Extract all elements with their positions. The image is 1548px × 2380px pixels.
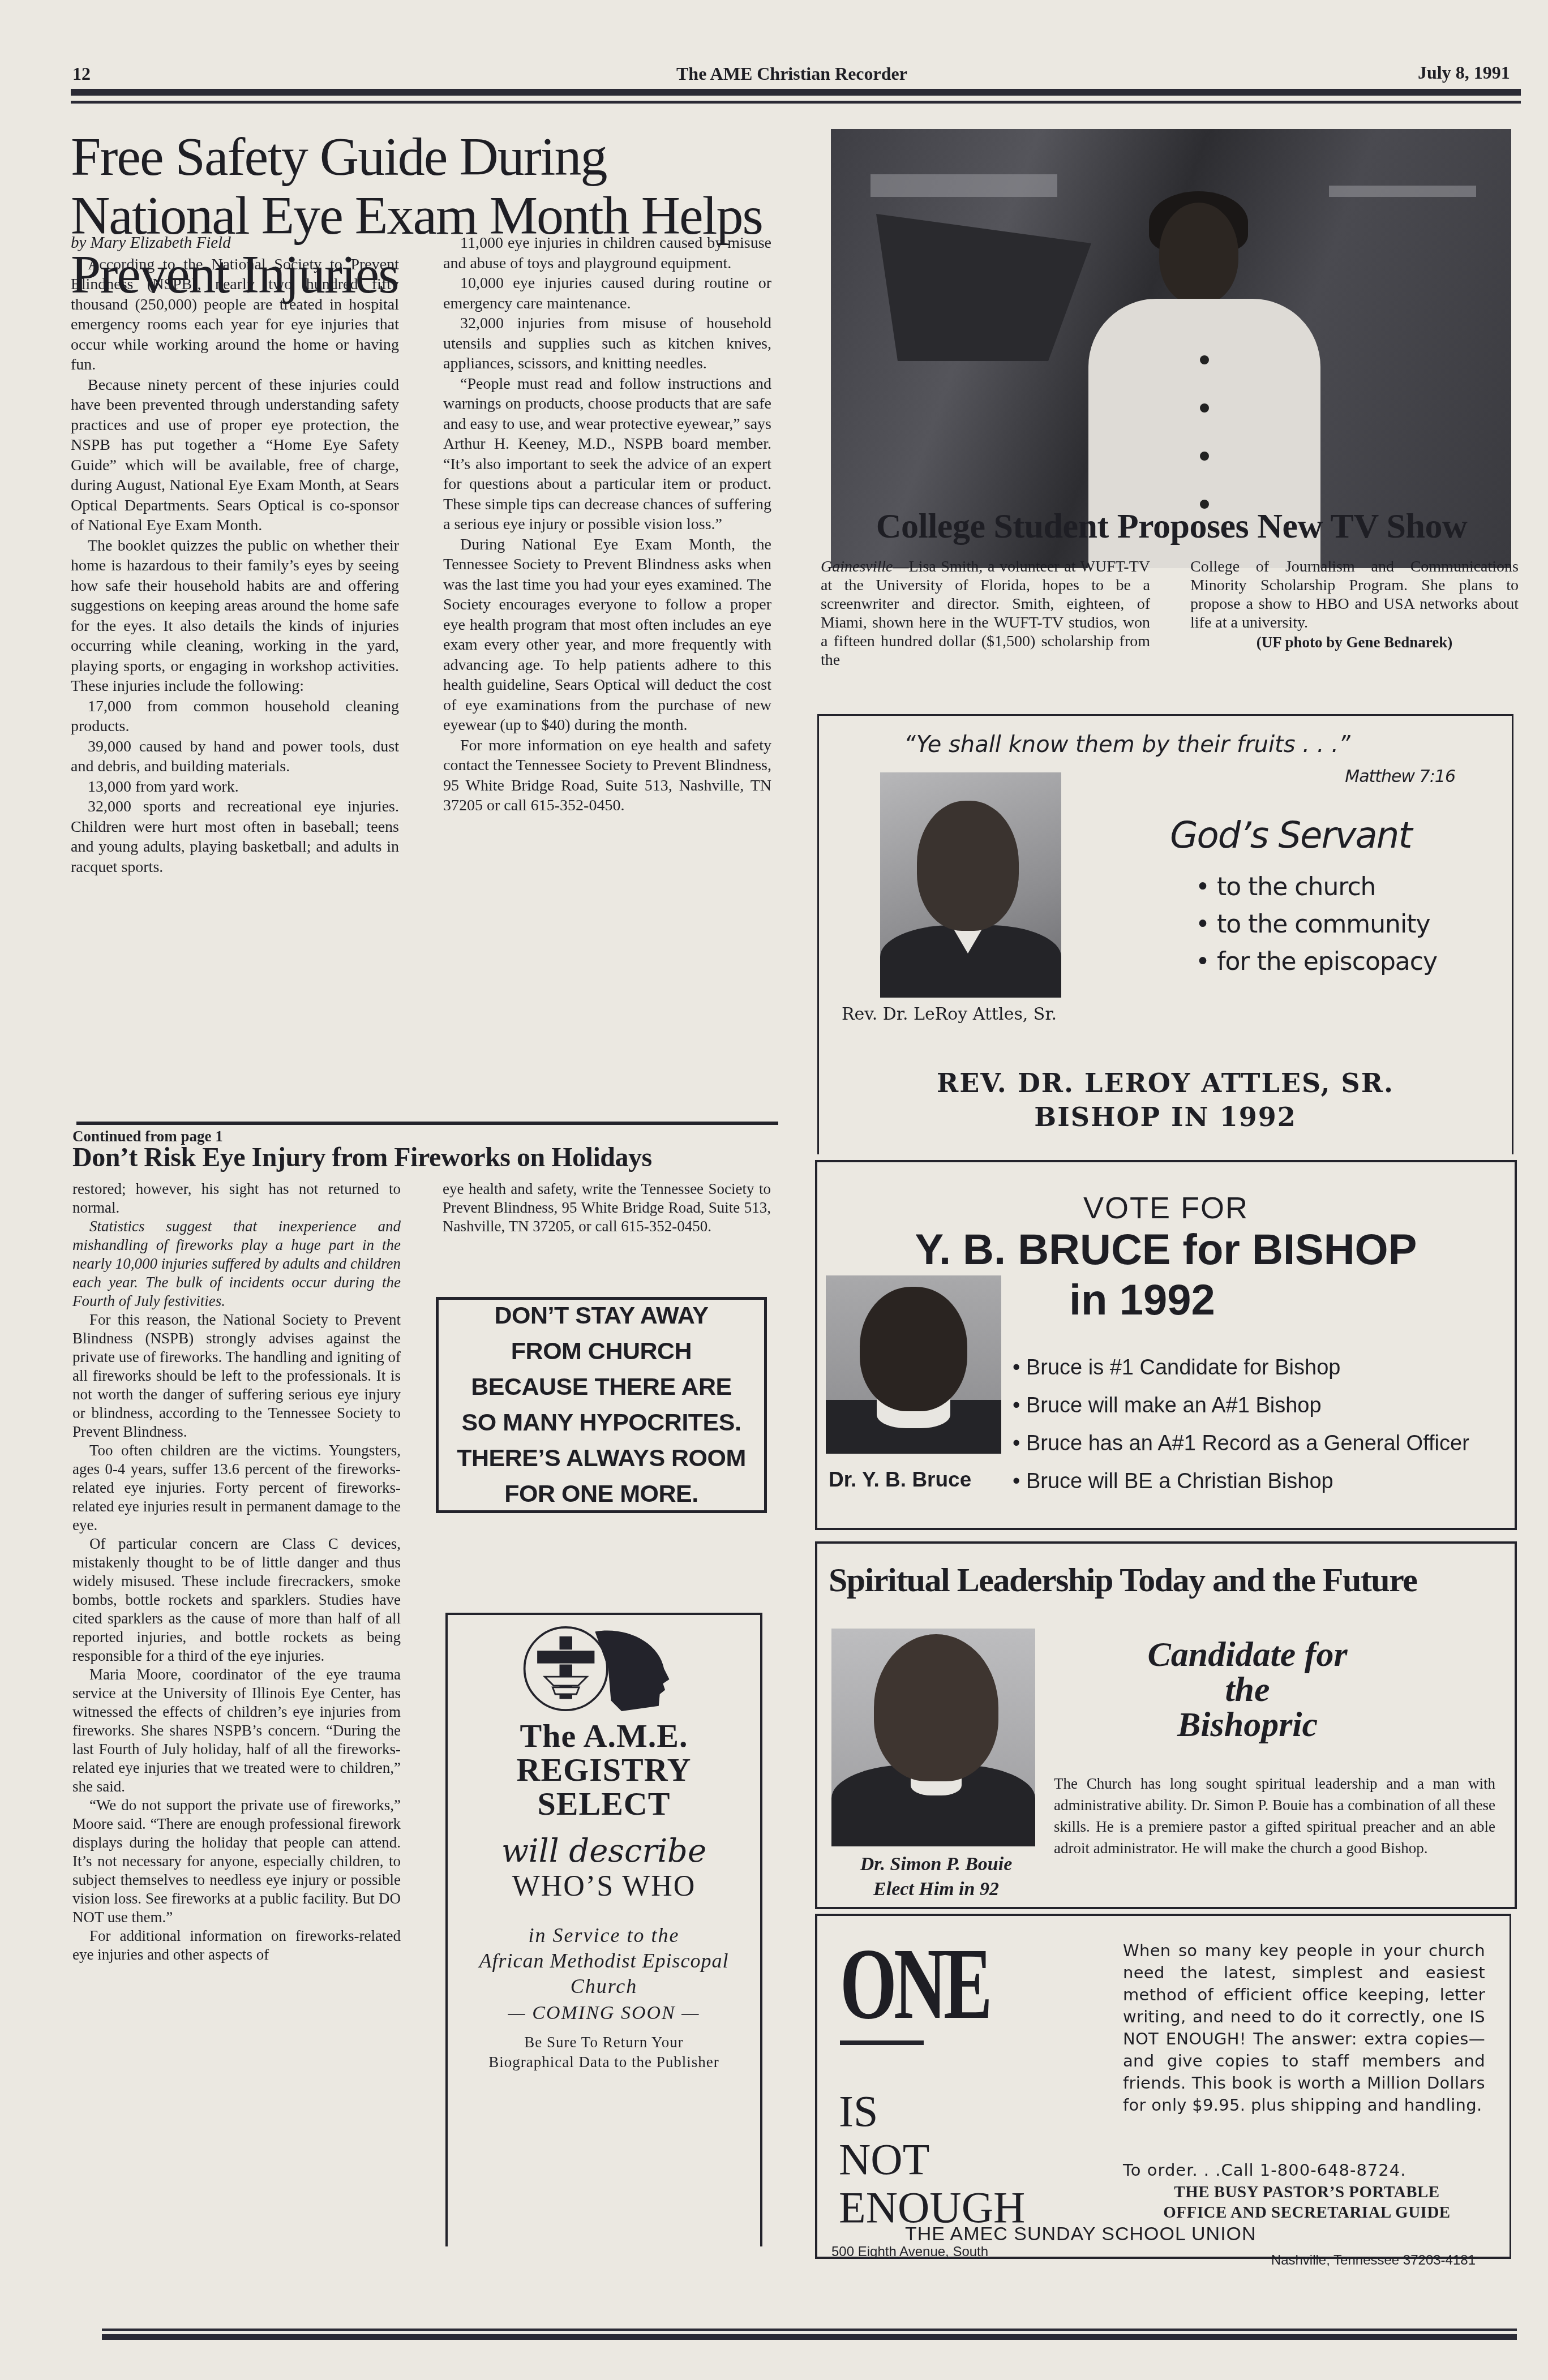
- candidate-line: the: [1089, 1672, 1406, 1707]
- student-studio-photo: [831, 129, 1511, 568]
- paragraph: 17,000 from common household clean­ing p…: [71, 697, 399, 737]
- scripture-quote: “Ye shall know them by their fruits . . …: [904, 732, 1350, 758]
- church-attendance-box: DON’T STAY AWAY FROM CHURCH BECAUSE THER…: [436, 1297, 767, 1513]
- attles-portrait: [880, 772, 1061, 998]
- box-line: FROM CHURCH: [511, 1334, 692, 1369]
- paragraph: Of particular concern are Class C de­vic…: [72, 1535, 401, 1665]
- ad-body-text: When so many key people in your church n…: [1123, 1940, 1485, 2116]
- portrait-caption: Dr. Y. B. Bruce: [829, 1468, 971, 1492]
- guide-line: OFFICE AND SECRETARIAL GUIDE: [1126, 2202, 1488, 2223]
- registry-whos-who: WHO’S WHO: [448, 1870, 760, 1903]
- paragraph: Because ninety percent of these injuries…: [71, 375, 399, 536]
- paragraph: Maria Moore, coordinator of the eye trau…: [72, 1665, 401, 1796]
- attles-name-banner: REV. DR. LEROY ATTLES, SR.: [819, 1067, 1512, 1099]
- publisher-city: Nashville, Tennessee 37203-4181: [1271, 2253, 1476, 2269]
- attles-campaign-ad: “Ye shall know them by their fruits . . …: [817, 714, 1513, 1154]
- busy-pastor-guide-ad: ONE IS NOT ENOUGH When so many key peopl…: [815, 1914, 1511, 2259]
- footer-rule-thin: [102, 2329, 1517, 2331]
- footer-rule-thick: [102, 2334, 1517, 2340]
- paragraph: For this reason, the National Society to…: [72, 1311, 401, 1441]
- registry-service-line: African Methodist Episcopal: [448, 1949, 760, 1973]
- photo-credit: (UF photo by Gene Bednarek): [1190, 633, 1519, 652]
- registry-service-line: in Service to the: [448, 1923, 760, 1947]
- registry-coming-soon: — COMING SOON —: [448, 2003, 760, 2024]
- vote-for-label: VOTE FOR: [817, 1191, 1515, 1226]
- caption-line: Dr. Simon P. Bouie: [826, 1852, 1047, 1877]
- paragraph: restored; however, his sight has not re­…: [72, 1180, 401, 1217]
- portrait-caption: Rev. Dr. LeRoy Attles, Sr.: [842, 1004, 1057, 1024]
- tv-camera: [876, 214, 1091, 361]
- registry-title-line: REGISTRY: [448, 1754, 760, 1786]
- candidate-line: Candidate for: [1089, 1637, 1406, 1672]
- servant-bullet-list: to the church to the community for the e…: [1195, 869, 1437, 981]
- paragraph: Statistics suggest that inexperience and…: [72, 1217, 401, 1311]
- bullet-item: Bruce will BE a Christian Bishop: [1013, 1463, 1469, 1501]
- paragraph: During National Eye Exam Month, the Tenn…: [443, 535, 771, 736]
- registry-title-line: The A.M.E.: [448, 1720, 760, 1752]
- dateline: Gainesville: [821, 558, 893, 575]
- publication-name: The AME Christian Recorder: [676, 63, 907, 84]
- person-head: [1159, 203, 1238, 304]
- fireworks-article-column-2: eye health and safety, write the Tenness…: [443, 1180, 771, 1236]
- lead-article-column-1: by Mary Elizabeth Field According to the…: [71, 233, 399, 877]
- paragraph: eye health and safety, write the Tenness…: [443, 1180, 771, 1236]
- lead-article-column-2: 11,000 eye injuries in children caused b…: [443, 233, 771, 816]
- bullet-item: Bruce will make an A#1 Bishop: [1013, 1387, 1469, 1425]
- registry-describe: will describe: [448, 1833, 760, 1870]
- candidate-line: Bishopric: [1089, 1707, 1406, 1742]
- caption-line: Elect Him in 92: [826, 1877, 1047, 1902]
- box-line: THERE’S ALWAYS ROOM: [457, 1441, 746, 1476]
- registry-title-line: SELECT: [448, 1788, 760, 1820]
- attles-bishop-banner: BISHOP IN 1992: [819, 1101, 1512, 1133]
- tv-article-column-1: Gainesville—Lisa Smith, a volunteer at W…: [821, 557, 1150, 669]
- bullet-item: to the church: [1195, 869, 1437, 906]
- shirt-button: [1200, 355, 1209, 364]
- byline: by Mary Elizabeth Field: [71, 233, 399, 254]
- paragraph: 11,000 eye injuries in children caused b…: [443, 233, 771, 273]
- bruce-campaign-ad: VOTE FOR Y. B. BRUCE for BISHOP in 1992 …: [815, 1160, 1517, 1530]
- bullet-item: for the episcopacy: [1195, 943, 1437, 981]
- registry-return-line: Be Sure To Return Your: [448, 2034, 760, 2051]
- one-word: ONE: [840, 1933, 989, 2035]
- paragraph: “We do not support the private use of fi…: [72, 1796, 401, 1927]
- bouie-body-text: The Church has long sought spiritual lea…: [1054, 1773, 1495, 1859]
- bullet-item: Bruce has an A#1 Record as a General Off…: [1013, 1425, 1469, 1463]
- bruce-title: Y. B. BRUCE for BISHOP: [817, 1227, 1515, 1273]
- tv-article-headline: College Student Proposes New TV Show: [815, 506, 1528, 547]
- fireworks-article-column-1: restored; however, his sight has not re­…: [72, 1180, 401, 1964]
- not-word: NOT: [839, 2137, 929, 2182]
- studio-light: [1329, 186, 1476, 197]
- bruce-portrait: [826, 1275, 1001, 1454]
- bouie-campaign-ad: Spiritual Leadership Today and the Futur…: [815, 1541, 1517, 1909]
- guide-line: THE BUSY PASTOR’S PORTABLE: [1126, 2182, 1488, 2202]
- studio-light: [871, 174, 1057, 197]
- paragraph: For more information on eye health and s…: [443, 736, 771, 816]
- paragraph: 39,000 caused by hand and power tools, d…: [71, 737, 399, 777]
- paragraph: The booklet quizzes the public on whethe…: [71, 536, 399, 697]
- publisher-name: THE AMEC SUNDAY SCHOOL UNION: [905, 2223, 1257, 2245]
- bruce-bullet-list: Bruce is #1 Candidate for Bishop Bruce w…: [1013, 1349, 1469, 1501]
- cross-and-profile-icon: [510, 1626, 685, 1711]
- header-rule-thin: [71, 101, 1521, 104]
- bouie-portrait: [831, 1629, 1035, 1846]
- paragraph: For additional information on fireworks-…: [72, 1927, 401, 1964]
- scripture-reference: Matthew 7:16: [1345, 767, 1455, 787]
- issue-date: July 8, 1991: [1418, 62, 1510, 83]
- order-phone: To order. . .Call 1-800-648-8724.: [1123, 2160, 1406, 2180]
- publisher-address: 500 Eighth Avenue, South: [831, 2244, 988, 2260]
- article-divider: [76, 1122, 778, 1125]
- box-line: BECAUSE THERE ARE: [471, 1369, 732, 1405]
- portrait-caption: Dr. Simon P. Bouie Elect Him in 92: [826, 1852, 1047, 1902]
- box-line: SO MANY HYPOCRITES.: [462, 1405, 741, 1441]
- paragraph: According to the National Society to Pre…: [71, 255, 399, 375]
- header-rule-thick: [71, 89, 1521, 96]
- paragraph: 32,000 injuries from misuse of house­hol…: [443, 313, 771, 374]
- page-number: 12: [72, 63, 91, 84]
- bullet-item: Bruce is #1 Candidate for Bishop: [1013, 1349, 1469, 1387]
- paragraph: “People must read and follow instruc­tio…: [443, 374, 771, 535]
- candidate-heading: Candidate for the Bishopric: [1089, 1637, 1406, 1742]
- is-word: IS: [839, 2089, 878, 2134]
- registry-return-line: Biographical Data to the Publisher: [448, 2053, 760, 2071]
- bruce-subtitle: in 1992: [1069, 1275, 1215, 1325]
- box-line: FOR ONE MORE.: [504, 1476, 698, 1512]
- paragraph: Too often children are the victims. Youn…: [72, 1441, 401, 1535]
- bouie-title: Spiritual Leadership Today and the Futur…: [829, 1561, 1417, 1600]
- fireworks-article-headline: Don’t Risk Eye Injury from Fireworks on …: [72, 1142, 652, 1173]
- guide-title: THE BUSY PASTOR’S PORTABLE OFFICE AND SE…: [1126, 2182, 1488, 2223]
- bullet-item: to the community: [1195, 906, 1437, 943]
- shirt-button: [1200, 452, 1209, 461]
- box-line: DON’T STAY AWAY: [494, 1298, 708, 1334]
- tv-article-column-2: College of Journalism and Communica­tion…: [1190, 557, 1519, 652]
- paragraph: 10,000 eye injuries caused during routin…: [443, 273, 771, 313]
- paragraph: 13,000 from yard work.: [71, 777, 399, 797]
- shirt-button: [1200, 403, 1209, 413]
- registry-service-line: Church: [448, 1974, 760, 1998]
- one-underline: [840, 2040, 924, 2045]
- tv-article-text: College of Journalism and Communica­tion…: [1190, 558, 1519, 631]
- paragraph: 32,000 sports and recreational eye in­ju…: [71, 797, 399, 877]
- gods-servant-heading: God’s Servant: [1170, 815, 1411, 857]
- registry-select-ad: The A.M.E. REGISTRY SELECT will describe…: [445, 1613, 762, 2246]
